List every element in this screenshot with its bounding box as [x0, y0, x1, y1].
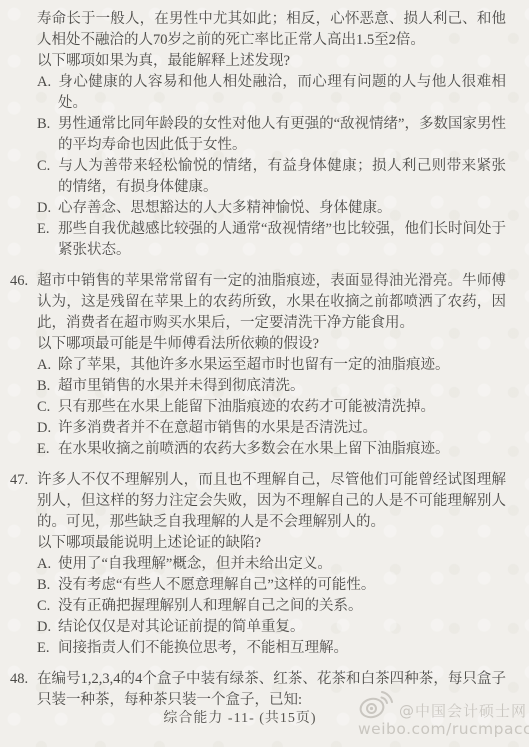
option-row: C.没有正确把握理解别人和理解自己之间的关系。 [37, 596, 506, 617]
option-row: B.超市里销售的水果并未得到彻底清洗。 [37, 376, 506, 397]
question-number: 48. [10, 669, 37, 690]
option-text: 使用了“自我理解”概念，但并未给出定义。 [58, 556, 332, 572]
option-label: C. [37, 397, 58, 418]
option-label: E. [37, 439, 58, 460]
question-47: 47. 许多人不仅不理解别人，而且也不理解自己，尽管他们可能曾经试图理解别人，但… [10, 470, 506, 659]
watermark-handle: @中国会计硕士网 [399, 702, 527, 720]
option-row: A.使用了“自我理解”概念，但并未给出定义。 [37, 554, 506, 575]
option-row: A.身心健康的人容易和他人相处融洽，而心理有问题的人与他人很难相处。 [37, 72, 506, 114]
option-text: 心存善念、思想豁达的人大多精神愉悦、身体健康。 [58, 200, 392, 216]
option-text: 身心健康的人容易和他人相处融洽，而心理有问题的人与他人很难相处。 [58, 74, 506, 111]
question-stem: 寿命长于一般人，在男性中尤其如此；相反，心怀恶意、损人利己、和他人相处不融洽的人… [37, 9, 506, 51]
option-text: 除了苹果，其他许多水果运至超市时也留有一定的油脂痕迹。 [58, 357, 450, 373]
option-text: 男性通常比同年龄段的女性对他人有更强的“敌视情绪”，多数国家男性的平均寿命也因此… [58, 116, 506, 153]
weibo-watermark: @中国会计硕士网 weibo.com/rucmpacc [358, 688, 529, 737]
weibo-icon [358, 688, 396, 720]
option-label: D. [37, 198, 58, 219]
scanned-exam-page: 寿命长于一般人，在男性中尤其如此；相反，心怀恶意、损人利己、和他人相处不融洽的人… [0, 0, 529, 747]
option-row: C.只有那些在水果上能留下油脂痕迹的农药才可能被清洗掉。 [37, 397, 506, 418]
option-text: 没有考虑“有些人不愿意理解自己”这样的可能性。 [58, 577, 375, 593]
option-row: D.许多消费者并不在意超市销售的水果是否清洗过。 [37, 418, 506, 439]
option-label: A. [37, 355, 58, 376]
option-row: D.心存善念、思想豁达的人大多精神愉悦、身体健康。 [37, 198, 506, 219]
option-label: B. [37, 575, 58, 596]
option-label: B. [37, 376, 58, 397]
question-number: 46. [10, 271, 37, 292]
watermark-url: weibo.com/rucmpacc [358, 721, 529, 737]
option-row: E.那些自我优越感比较强的人通常“敌视情绪”也比较强，他们长时间处于紧张状态。 [37, 219, 506, 261]
option-label: D. [37, 617, 58, 638]
option-text: 许多消费者并不在意超市销售的水果是否清洗过。 [58, 420, 377, 436]
option-label: C. [37, 596, 58, 617]
option-row: A.除了苹果，其他许多水果运至超市时也留有一定的油脂痕迹。 [37, 355, 506, 376]
option-text: 在水果收摘之前喷洒的农药大多数会在水果上留下油脂痕迹。 [58, 441, 450, 457]
option-label: C. [37, 156, 58, 177]
option-row: C.与人为善带来轻松愉悦的情绪，有益身体健康；损人利己则带来紧张的情绪，有损身体… [37, 156, 506, 198]
option-text: 与人为善带来轻松愉悦的情绪，有益身体健康；损人利己则带来紧张的情绪，有损身体健康… [58, 158, 506, 195]
option-row: E.在水果收摘之前喷洒的农药大多数会在水果上留下油脂痕迹。 [37, 439, 506, 460]
question-prompt: 以下哪项最可能是牛师傅看法所依赖的假设? [37, 334, 506, 355]
option-label: A. [37, 72, 58, 93]
option-text: 间接指责人们不能换位思考，不能相互理解。 [58, 640, 348, 656]
question-prompt: 以下哪项最能说明上述论证的缺陷? [37, 533, 506, 554]
page-content: 寿命长于一般人，在男性中尤其如此；相反，心怀恶意、损人利己、和他人相处不融洽的人… [10, 9, 506, 711]
question-45-continued: 寿命长于一般人，在男性中尤其如此；相反，心怀恶意、损人利己、和他人相处不融洽的人… [10, 9, 506, 261]
question-stem: 超市中销售的苹果常常留有一定的油脂痕迹，表面显得油光滑亮。牛师傅认为，这是残留在… [37, 271, 506, 334]
option-text: 结论仅仅是对其论证前提的简单重复。 [58, 619, 305, 635]
option-row: E.间接指责人们不能换位思考，不能相互理解。 [37, 638, 506, 659]
option-text: 那些自我优越感比较强的人通常“敌视情绪”也比较强，他们长时间处于紧张状态。 [58, 221, 506, 258]
question-46: 46. 超市中销售的苹果常常留有一定的油脂痕迹，表面显得油光滑亮。牛师傅认为，这… [10, 271, 506, 460]
question-number: 47. [10, 470, 37, 491]
option-row: B.没有考虑“有些人不愿意理解自己”这样的可能性。 [37, 575, 506, 596]
question-prompt: 以下哪项如果为真，最能解释上述发现? [37, 51, 506, 72]
option-label: E. [37, 219, 58, 240]
option-label: D. [37, 418, 58, 439]
option-label: B. [37, 114, 58, 135]
option-text: 没有正确把握理解别人和理解自己之间的关系。 [58, 598, 363, 614]
option-label: A. [37, 554, 58, 575]
option-row: B.男性通常比同年龄段的女性对他人有更强的“敌视情绪”，多数国家男性的平均寿命也… [37, 114, 506, 156]
option-label: E. [37, 638, 58, 659]
option-text: 只有那些在水果上能留下油脂痕迹的农药才可能被清洗掉。 [58, 399, 435, 415]
question-stem: 许多人不仅不理解别人，而且也不理解自己，尽管他们可能曾经试图理解别人，但这样的努… [37, 470, 506, 533]
option-text: 超市里销售的水果并未得到彻底清洗。 [58, 378, 305, 394]
option-row: D.结论仅仅是对其论证前提的简单重复。 [37, 617, 506, 638]
